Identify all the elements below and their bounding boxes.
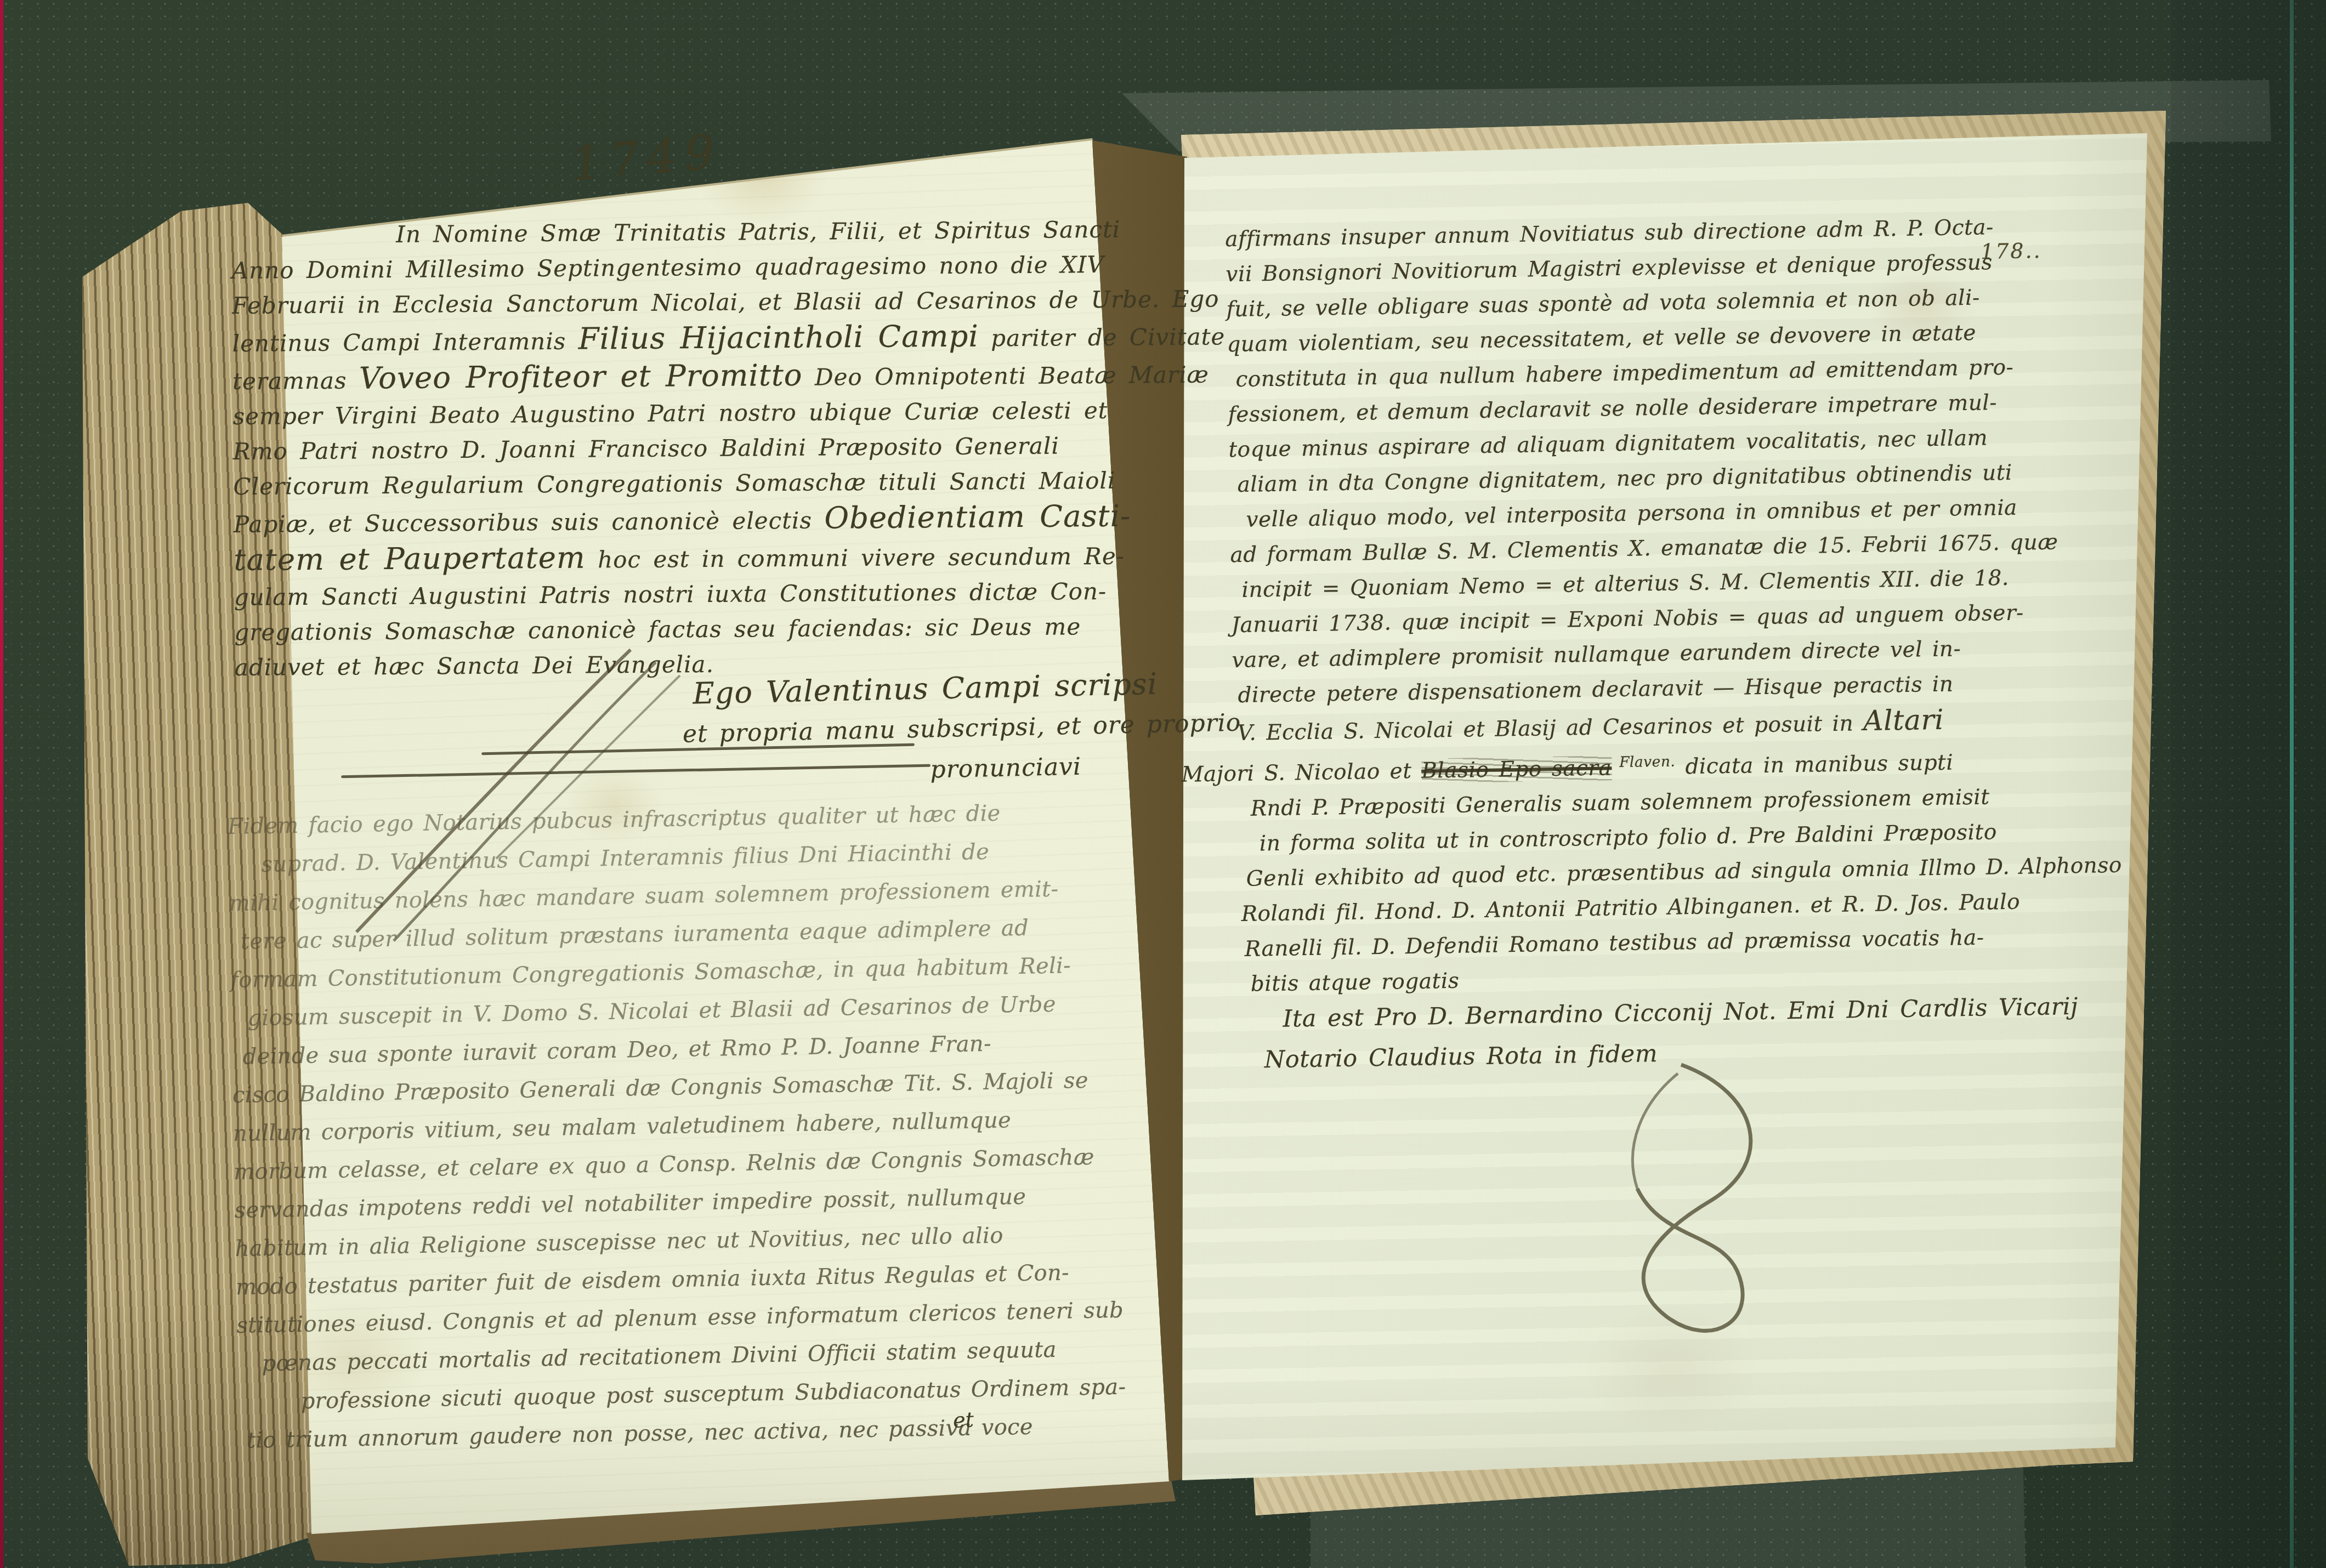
photograph-stage: 1749 In Nomine Smæ Trinitatis Patris, Fi… bbox=[0, 0, 2326, 1568]
photo-vignette bbox=[0, 0, 2326, 1568]
